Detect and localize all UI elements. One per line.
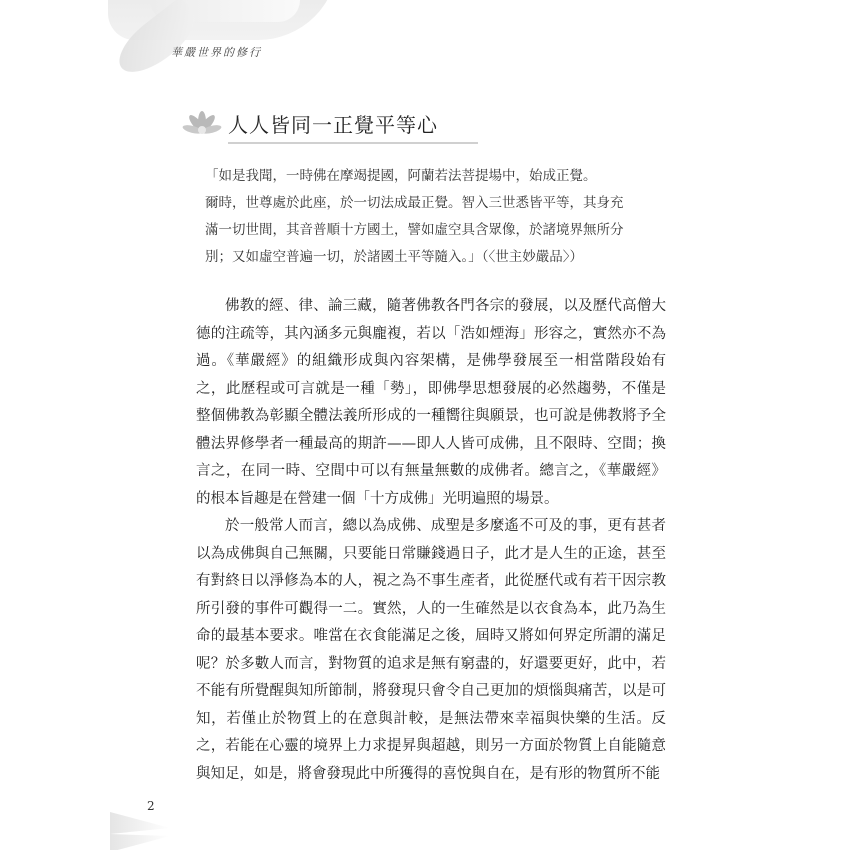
body-text: 佛教的經、律、論三藏，隨著佛教各門各宗的發展，以及歷代高僧大德的注疏等，其內涵多… [196, 293, 666, 788]
paragraph: 佛教的經、律、論三藏，隨著佛教各門各宗的發展，以及歷代高僧大德的注疏等，其內涵多… [196, 293, 666, 513]
running-head: 華嚴世界的修行 [171, 44, 262, 60]
lotus-icon [182, 108, 222, 144]
section-heading: 人人皆同一正覺平等心 [182, 108, 478, 144]
quote-line: 別；又如虛空普遍一切，於諸國土平等隨入。」（〈世主妙嚴品〉） [205, 244, 665, 271]
quote-line: 爾時，世尊處於此座，於一切法成最正覺。智入三世悉皆平等，其身充 [205, 190, 665, 217]
paragraph: 於一般常人而言，總以為成佛、成聖是多麼遙不可及的事，更有甚者以為成佛與自己無關，… [196, 513, 666, 788]
quote-line: 「如是我聞，一時佛在摩竭提國，阿蘭若法菩提場中，始成正覺。 [205, 163, 665, 190]
decorative-footer-shape [110, 812, 170, 850]
quote-line: 滿一切世間，其音普順十方國土，譬如虛空具含眾像，於諸境界無所分 [205, 217, 665, 244]
page-number: 2 [147, 799, 155, 813]
scripture-quote: 「如是我聞，一時佛在摩竭提國，阿蘭若法菩提場中，始成正覺。 爾時，世尊處於此座，… [205, 163, 665, 271]
section-title: 人人皆同一正覺平等心 [228, 109, 478, 144]
